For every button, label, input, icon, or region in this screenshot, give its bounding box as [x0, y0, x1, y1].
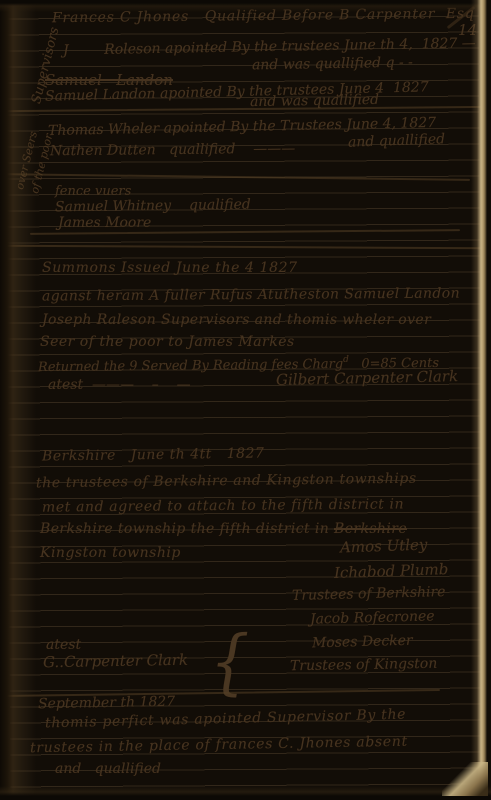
entry-line: fence vuers — [55, 185, 131, 199]
entry-line: Samuel Whitney qualified — [55, 198, 251, 216]
attest-label: atest ——— – — — [48, 378, 191, 393]
trustee-signature: Jacob Rofecronee — [310, 609, 435, 628]
entry-heading: Berkshire June th 4tt 1827 — [42, 446, 265, 464]
trustee-group-label: Trustees of Kingston — [290, 657, 438, 675]
trustee-signature: Ichabod Plumb — [334, 561, 449, 581]
entry-text-struck: Berkshire — [334, 521, 407, 537]
entry-line: aganst heram A fuller Rufus Atutheston S… — [42, 287, 460, 305]
entry-line: and quallified — [55, 762, 161, 777]
trustee-signature: Moses Decker — [312, 634, 413, 652]
entry-line: Nathen Dutten quallified ——— — [50, 142, 295, 160]
entry-line: Kingston township — [40, 546, 181, 561]
entry-line: and was quallified q - - — [252, 56, 413, 74]
entry-line: Summons Issued June the 4 1827 — [42, 261, 298, 276]
entry-line: Seer of the poor to James Markes — [40, 335, 295, 350]
grouping-brace: { — [210, 623, 249, 701]
entry-line: Berkshire township the fifth district in… — [40, 522, 407, 537]
entry-heading: September th 1827 — [38, 695, 175, 713]
entry-text: Berkshire township the fifth district in — [40, 521, 334, 537]
clerk-signature: Gilbert Carpenter Clark — [276, 368, 458, 388]
attest-label: atest — [46, 638, 81, 653]
entry-line: Joseph Raleson Supervisors and thomis wh… — [42, 313, 431, 328]
entry-line: met and agreed to attach to the fifth di… — [42, 497, 404, 516]
page-corner-curl — [442, 762, 488, 796]
clerk-signature: G..Carpenter Clark — [43, 652, 188, 671]
entry-line: James Moore — [58, 216, 151, 231]
trustee-signature: Amos Utley — [340, 536, 428, 556]
